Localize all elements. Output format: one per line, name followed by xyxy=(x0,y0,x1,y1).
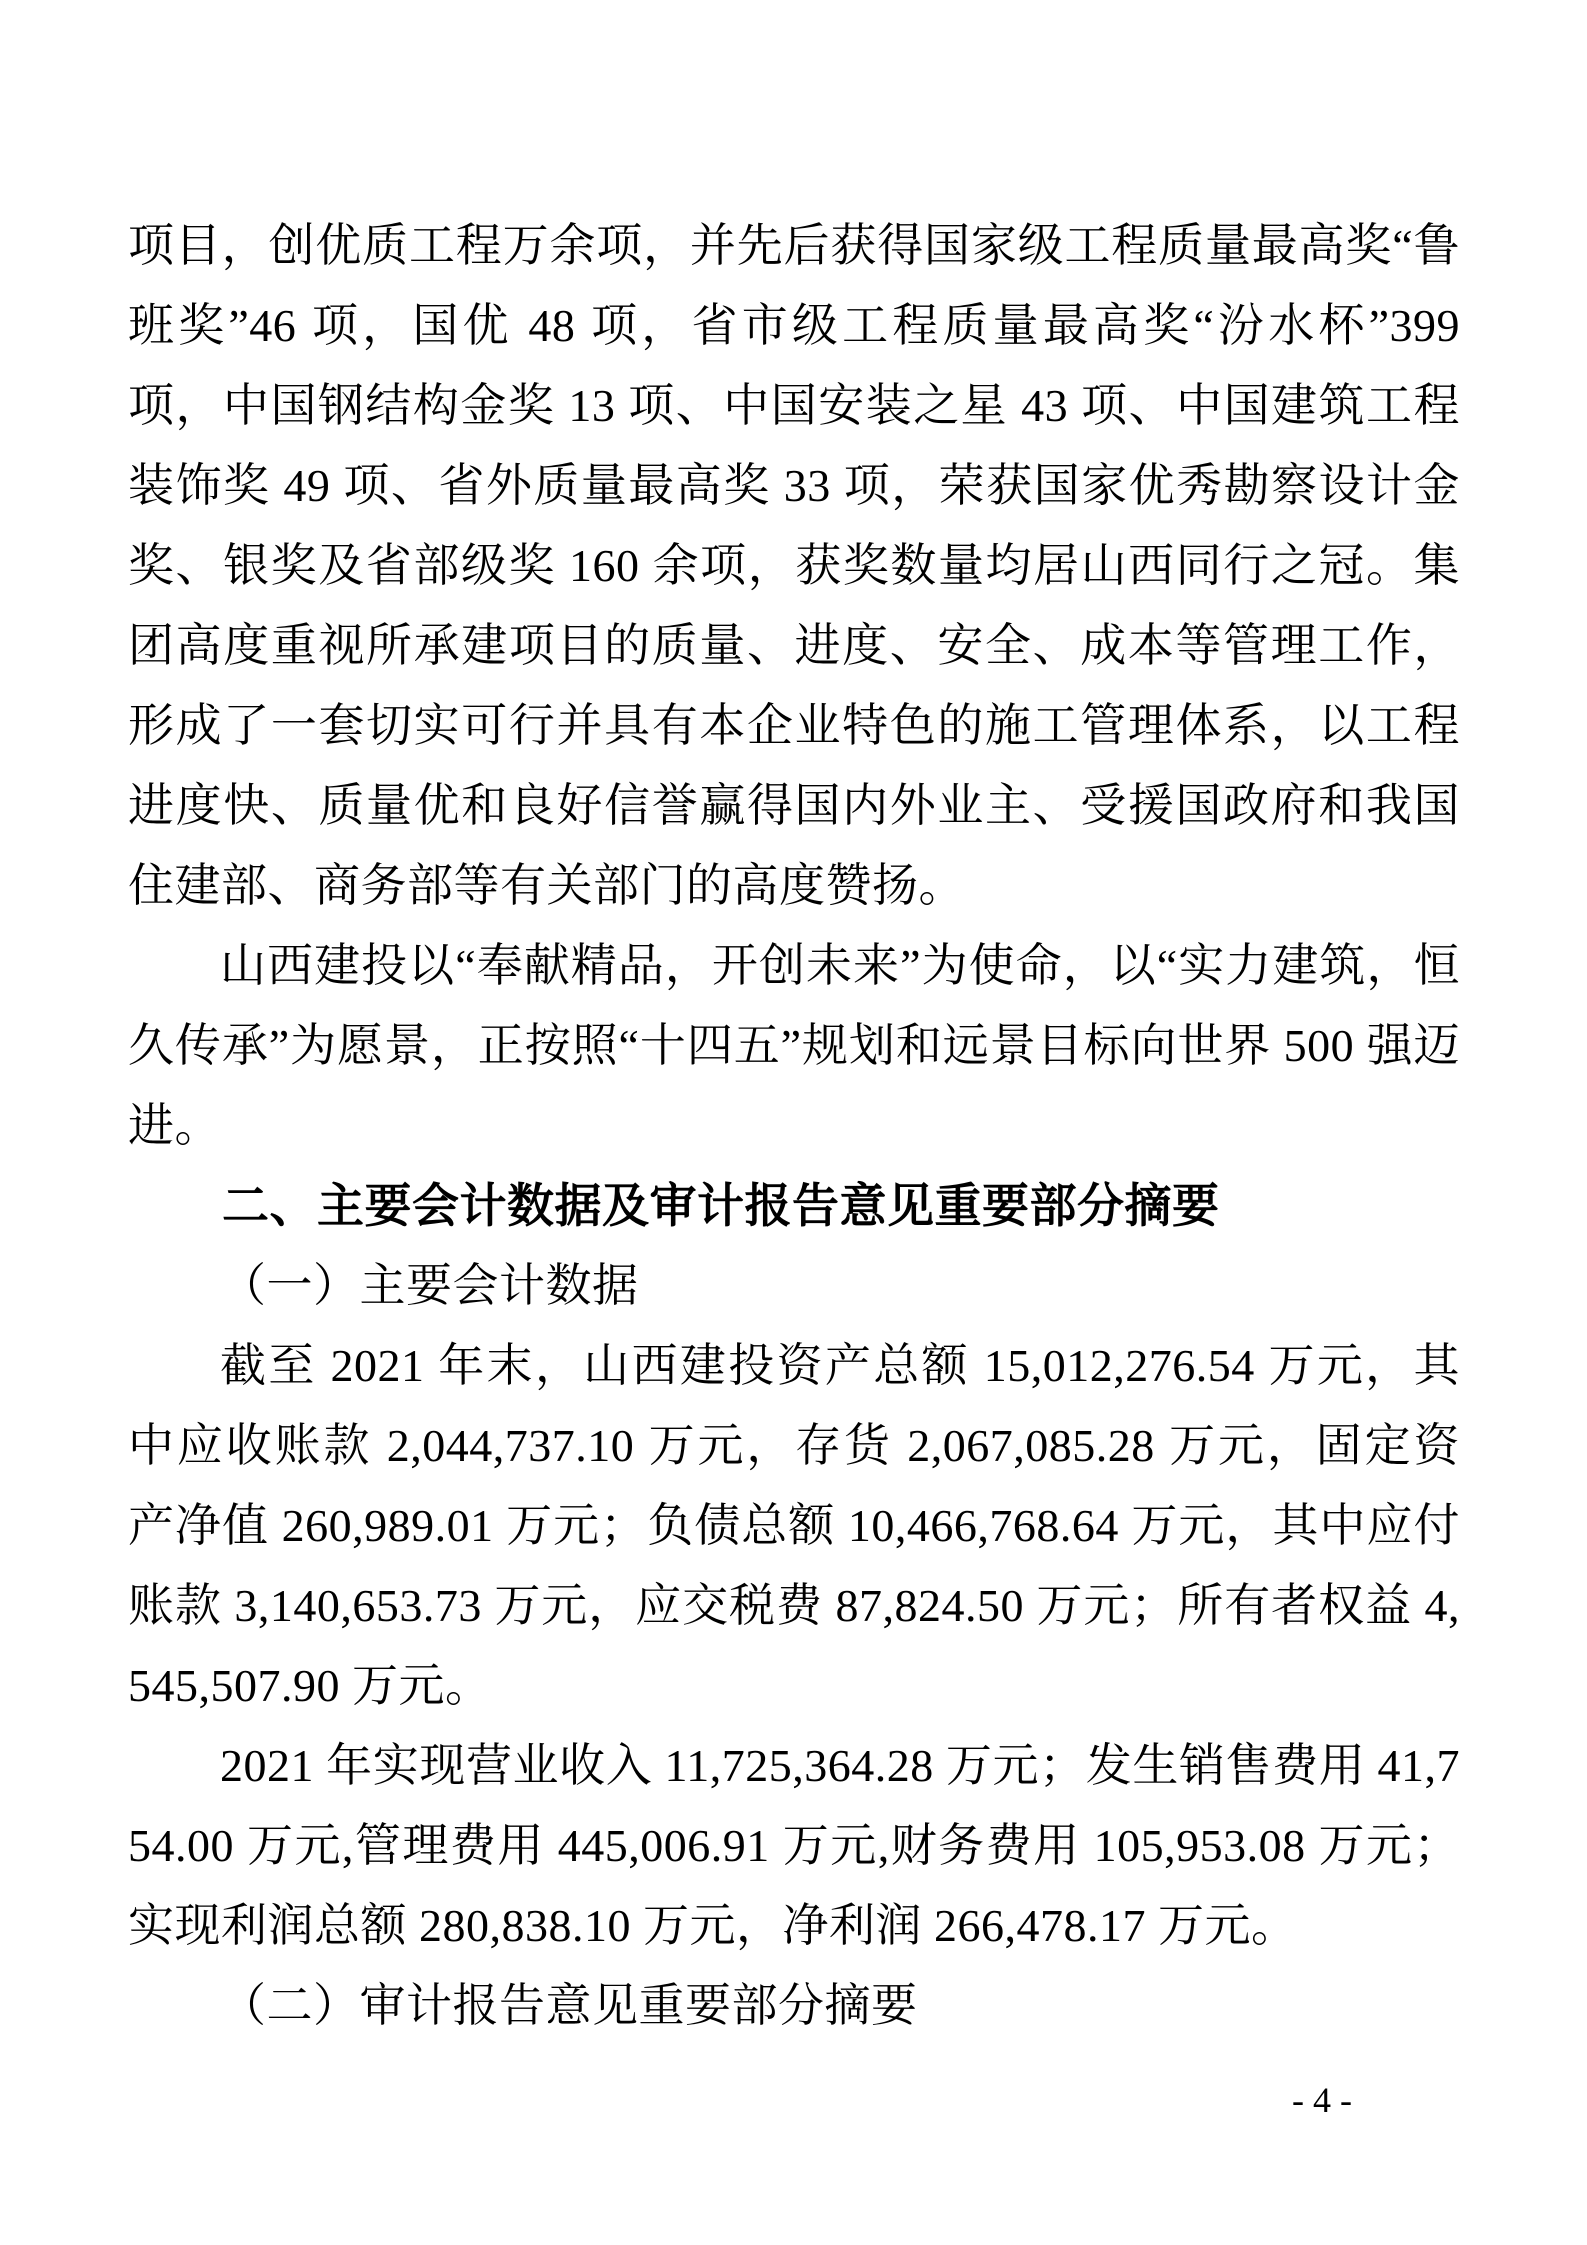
section-heading: 二、主要会计数据及审计报告意见重要部分摘要 xyxy=(128,1166,1460,1246)
document-body: 项目，创优质工程万余项，并先后获得国家级工程质量最高奖“鲁班奖”46 项，国优 … xyxy=(128,206,1460,2046)
subsection-heading: （一）主要会计数据 xyxy=(128,1246,1460,1326)
page-footer: - 4 - xyxy=(1292,2078,1352,2122)
page-number: - 4 - xyxy=(1292,2080,1352,2120)
body-paragraph: 山西建投以“奉献精品，开创未来”为使命，以“实力建筑，恒久传承”为愿景，正按照“… xyxy=(128,926,1460,1166)
body-paragraph: 2021 年实现营业收入 11,725,364.28 万元；发生销售费用 41,… xyxy=(128,1726,1460,1966)
subsection-heading: （二）审计报告意见重要部分摘要 xyxy=(128,1966,1460,2046)
document-page: 项目，创优质工程万余项，并先后获得国家级工程质量最高奖“鲁班奖”46 项，国优 … xyxy=(0,0,1587,2245)
body-paragraph: 截至 2021 年末，山西建投资产总额 15,012,276.54 万元，其中应… xyxy=(128,1326,1460,1726)
body-paragraph-continued: 项目，创优质工程万余项，并先后获得国家级工程质量最高奖“鲁班奖”46 项，国优 … xyxy=(128,206,1460,926)
